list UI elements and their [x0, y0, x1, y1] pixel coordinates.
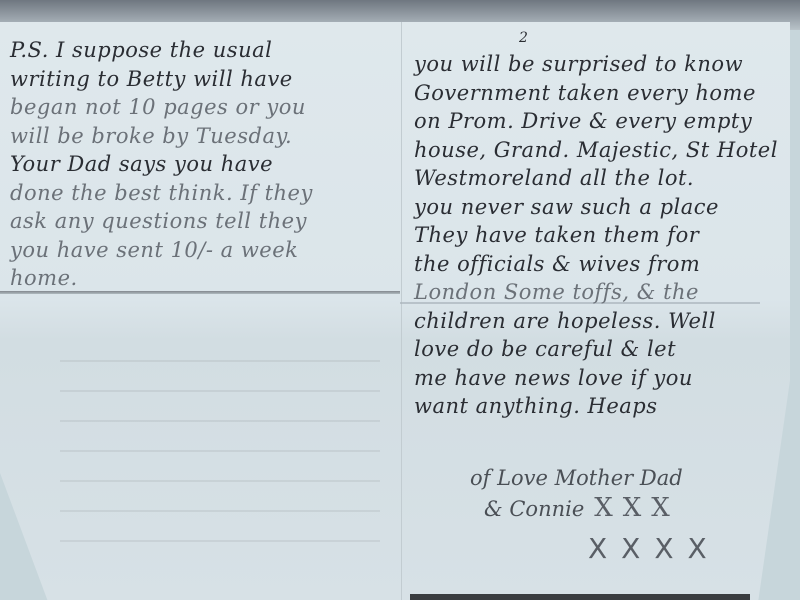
- text-line: done the best think. If they: [10, 179, 313, 208]
- right-column-text: you will be surprised to know Government…: [414, 50, 778, 421]
- signoff-name: & Connie: [484, 497, 584, 521]
- text-line: me have news love if you: [414, 364, 778, 393]
- text-line: you will be surprised to know: [414, 50, 778, 79]
- page-number: 2: [519, 30, 528, 46]
- text-line: Your Dad says you have: [10, 150, 313, 179]
- signoff-line: of Love Mother Dad: [470, 463, 683, 493]
- bleed-through-text: [60, 340, 380, 560]
- signoff: of Love Mother Dad & ConnieXXX: [470, 463, 683, 524]
- text-line: want anything. Heaps: [414, 392, 778, 421]
- text-line: Westmoreland all the lot.: [414, 164, 778, 193]
- text-line: on Prom. Drive & every empty: [414, 107, 778, 136]
- left-column-text: P.S. I suppose the usual writing to Bett…: [10, 36, 313, 293]
- text-line: the officials & wives from: [414, 250, 778, 279]
- text-line: you never saw such a place: [414, 193, 778, 222]
- text-line: Government taken every home: [414, 79, 778, 108]
- signoff-line-names: & ConnieXXX: [470, 493, 683, 524]
- text-line: ask any questions tell they: [10, 207, 313, 236]
- text-line: children are hopeless. Well: [414, 307, 778, 336]
- text-line: house, Grand. Majestic, St Hotel: [414, 136, 778, 165]
- text-line: They have taken them for: [414, 221, 778, 250]
- text-line: London Some toffs, & the: [414, 278, 778, 307]
- text-line: began not 10 pages or you: [10, 93, 313, 122]
- text-line: P.S. I suppose the usual: [10, 36, 313, 65]
- text-line: writing to Betty will have: [10, 65, 313, 94]
- text-line: love do be careful & let: [414, 335, 778, 364]
- text-line: will be broke by Tuesday.: [10, 122, 313, 151]
- vertical-fold-crease: [401, 22, 402, 600]
- kisses-row-1: XXX: [594, 493, 680, 523]
- paper-bottom-edge: [410, 594, 750, 600]
- text-line: home.: [10, 264, 313, 293]
- kisses-row-2: XXXX: [588, 532, 721, 565]
- text-line: you have sent 10/- a week: [10, 236, 313, 265]
